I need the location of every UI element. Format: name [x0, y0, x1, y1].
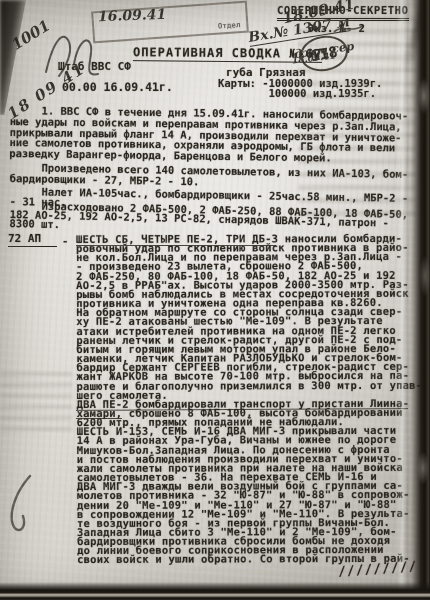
typed-underline-lead	[76, 245, 276, 246]
section-dash: -	[62, 236, 68, 248]
section-72ap-text: ШЕСТЬ СБ, ЧЕТЫРЕ ПЕ-2, ТРИ ДБ-3 наносили…	[76, 235, 423, 566]
typed-underline-khamari	[76, 418, 122, 419]
copy-number-scribble-icon	[332, 22, 366, 36]
margin-pen-stroke-icon	[2, 472, 36, 536]
received-stamp-date-handwritten: 16.09.41	[98, 7, 167, 25]
received-stamp-dept-label: Отдел	[218, 20, 241, 31]
scan-edge-right	[410, 0, 430, 600]
section-label-72ap: 72 АП	[8, 232, 57, 247]
scan-edge-bottom	[0, 582, 430, 600]
scanned-document-page: Отдел 16.09.41 18.09.41 Вх.№ 1307 м джм …	[0, 0, 430, 600]
ink-bleed-through-left	[0, 372, 72, 432]
